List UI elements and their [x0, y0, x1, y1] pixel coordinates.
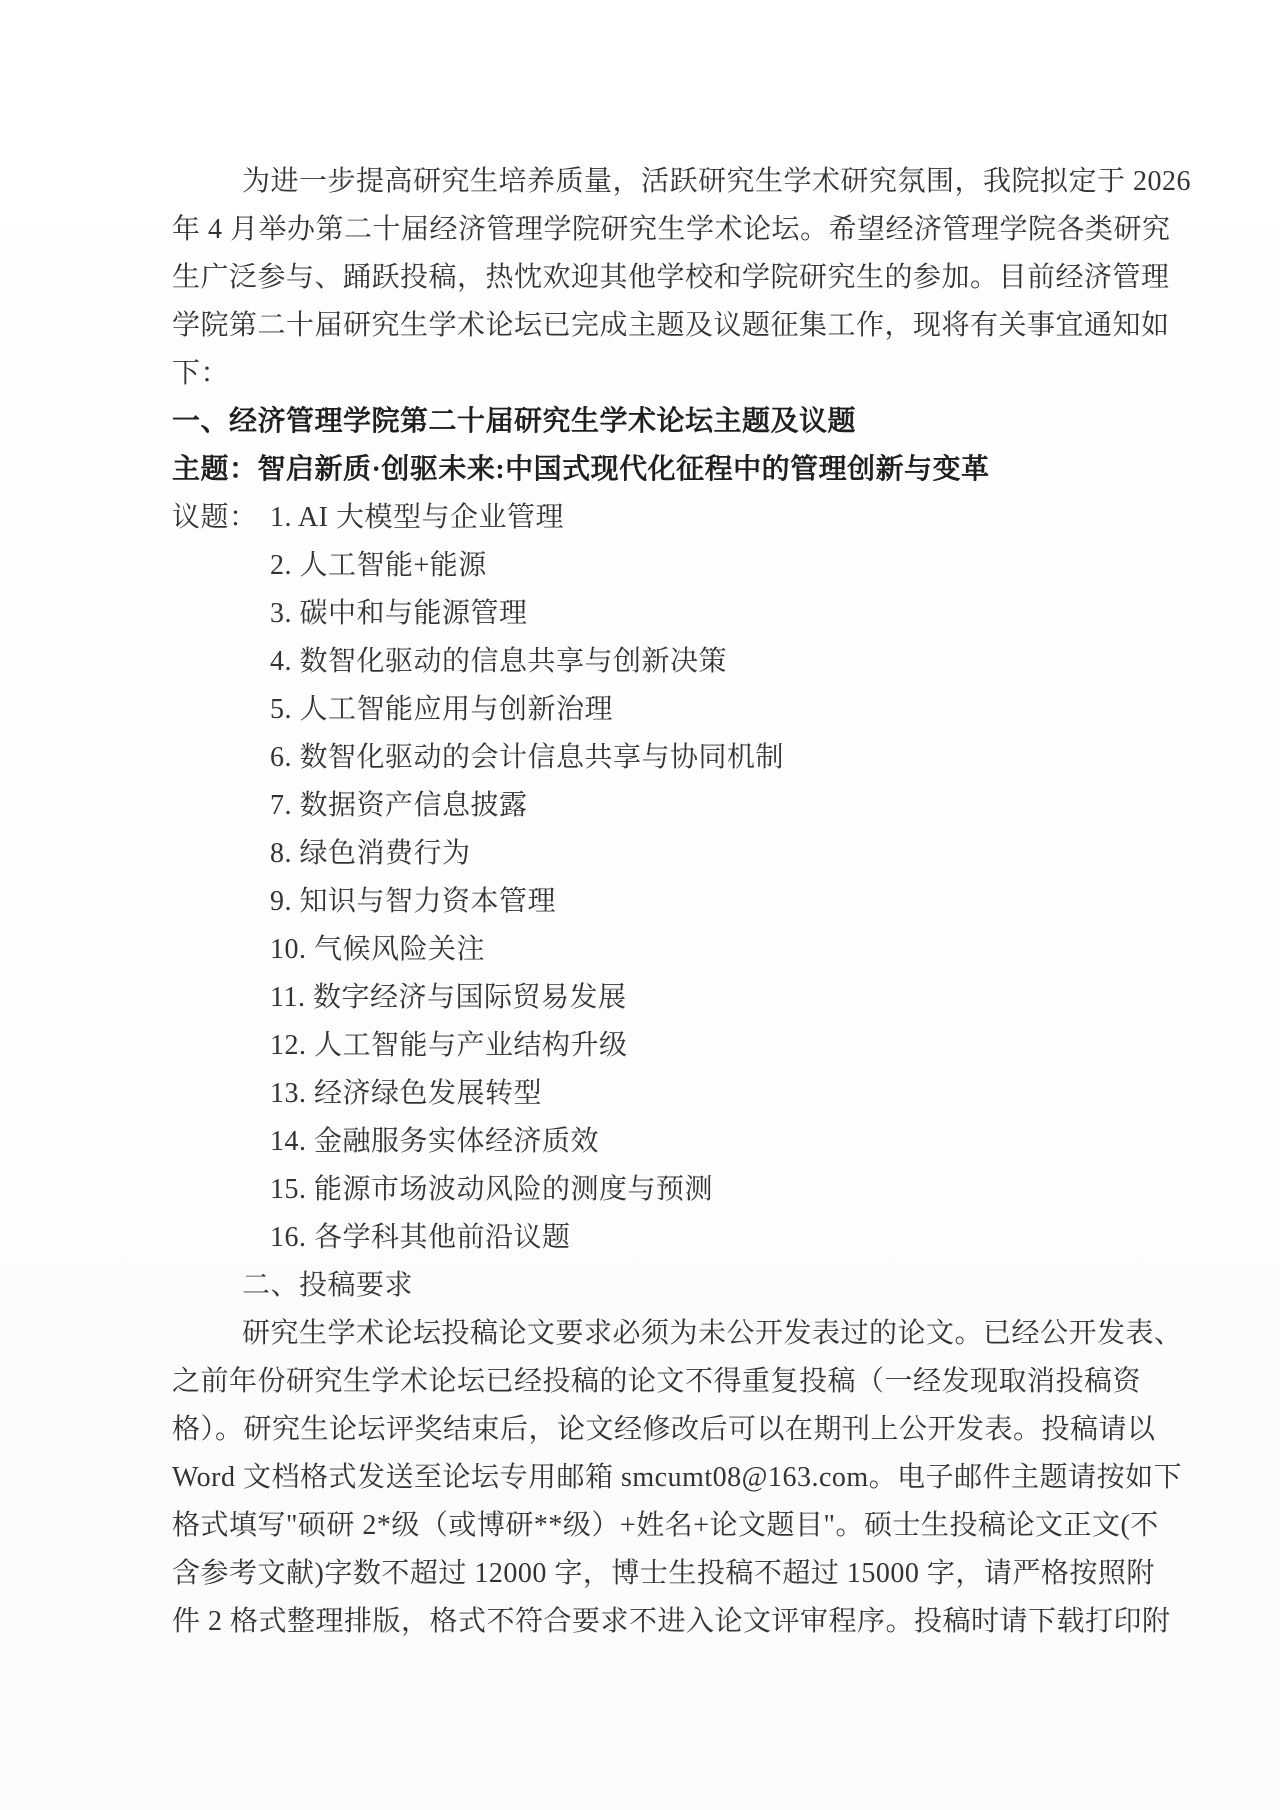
intro-line: 下：	[172, 350, 1130, 398]
topic-item: 3. 碳中和与能源管理	[270, 590, 1130, 638]
intro-line: 学院第二十届研究生学术论坛已完成主题及议题征集工作，现将有关事宜通知如	[172, 302, 1130, 350]
document-page: 为进一步提高研究生培养质量，活跃研究生学术研究氛围，我院拟定于 2026 年 4…	[0, 0, 1280, 1810]
topic-item: 13. 经济绿色发展转型	[270, 1070, 1130, 1118]
topics-list: 议题： 1. AI 大模型与企业管理 2. 人工智能+能源 3. 碳中和与能源管…	[172, 494, 1130, 1262]
topic-item: 10. 气候风险关注	[270, 926, 1130, 974]
intro-line: 年 4 月举办第二十届经济管理学院研究生学术论坛。希望经济管理学院各类研究	[172, 206, 1130, 254]
submission-line: 格式填写"硕研 2*级（或博研**级）+姓名+论文题目"。硕士生投稿论文正文(不	[172, 1502, 1130, 1550]
submission-line: 格）。研究生论坛评奖结束后，论文经修改后可以在期刊上公开发表。投稿请以	[172, 1406, 1130, 1454]
section2-heading: 二、投稿要求	[172, 1262, 1130, 1310]
topic-item: 9. 知识与智力资本管理	[270, 878, 1130, 926]
theme-line: 主题：智启新质·创驱未来:中国式现代化征程中的管理创新与变革	[172, 446, 1130, 494]
intro-line: 生广泛参与、踊跃投稿，热忱欢迎其他学校和学院研究生的参加。目前经济管理	[172, 254, 1130, 302]
topic-item: 12. 人工智能与产业结构升级	[270, 1022, 1130, 1070]
topic-item: 14. 金融服务实体经济质效	[270, 1118, 1130, 1166]
submission-line: Word 文档格式发送至论坛专用邮箱 smcumt08@163.com。电子邮件…	[172, 1454, 1130, 1502]
intro-line: 为进一步提高研究生培养质量，活跃研究生学术研究氛围，我院拟定于 2026	[172, 158, 1130, 206]
topic-item: 16. 各学科其他前沿议题	[270, 1214, 1130, 1262]
topic-item: 7. 数据资产信息披露	[270, 782, 1130, 830]
topic-item: 2. 人工智能+能源	[270, 542, 1130, 590]
topic-item: 1. AI 大模型与企业管理	[270, 494, 1130, 542]
topics-label: 议题：	[172, 494, 258, 542]
submission-line: 件 2 格式整理排版，格式不符合要求不进入论文评审程序。投稿时请下载打印附	[172, 1598, 1130, 1646]
topic-item: 15. 能源市场波动风险的测度与预测	[270, 1166, 1130, 1214]
topic-item: 6. 数智化驱动的会计信息共享与协同机制	[270, 734, 1130, 782]
topic-item: 11. 数字经济与国际贸易发展	[270, 974, 1130, 1022]
topic-item: 5. 人工智能应用与创新治理	[270, 686, 1130, 734]
submission-line: 之前年份研究生学术论坛已经投稿的论文不得重复投稿（一经发现取消投稿资	[172, 1358, 1130, 1406]
submission-line: 含参考文献)字数不超过 12000 字，博士生投稿不超过 15000 字，请严格…	[172, 1550, 1130, 1598]
submission-line: 研究生学术论坛投稿论文要求必须为未公开发表过的论文。已经公开发表、	[172, 1310, 1130, 1358]
topic-item: 8. 绿色消费行为	[270, 830, 1130, 878]
section1-heading: 一、经济管理学院第二十届研究生学术论坛主题及议题	[172, 398, 1130, 446]
topic-item: 4. 数智化驱动的信息共享与创新决策	[270, 638, 1130, 686]
